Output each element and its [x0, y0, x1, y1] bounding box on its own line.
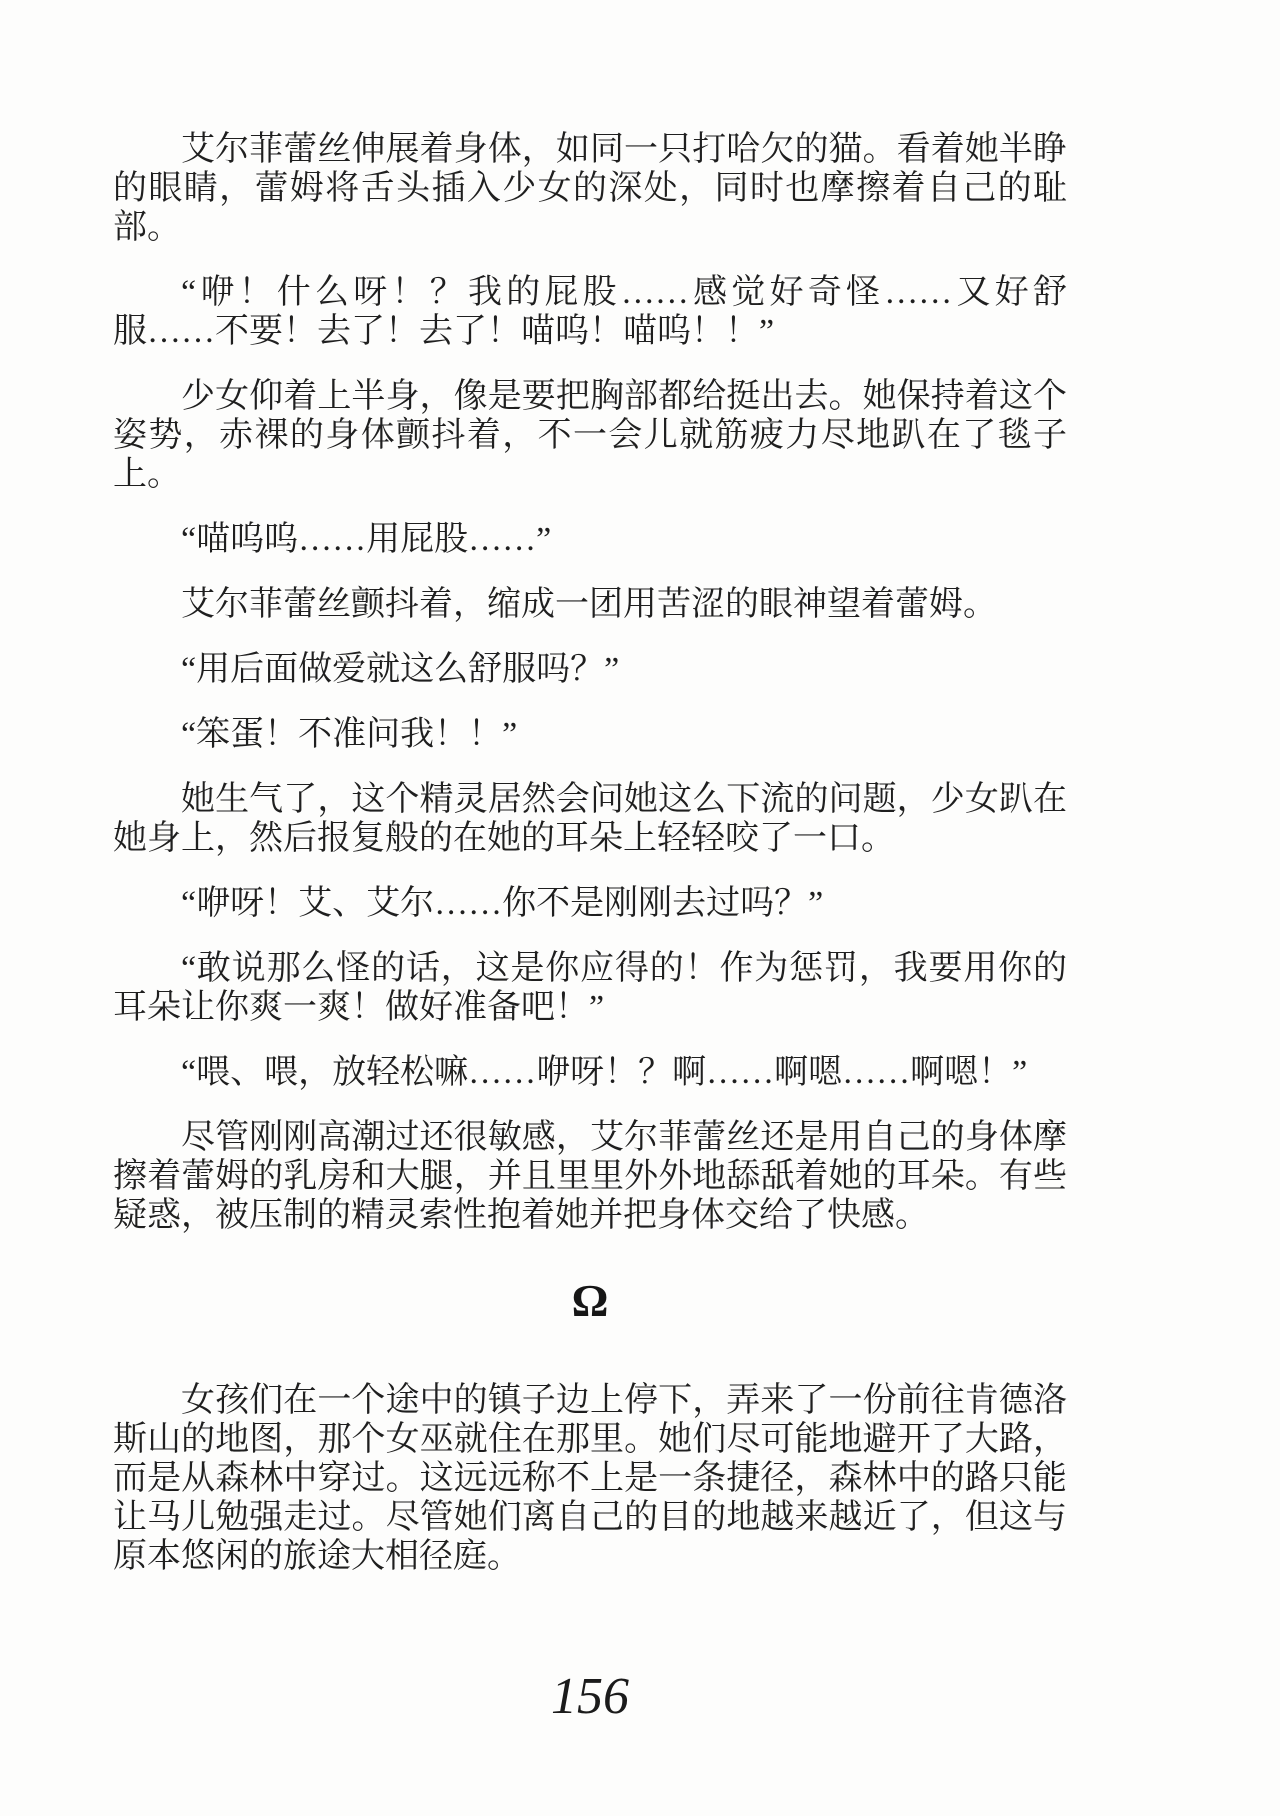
paragraph: 尽管刚刚高潮过还很敏感，艾尔菲蕾丝还是用自己的身体摩擦着蕾姆的乳房和大腿，并且里… — [113, 1118, 1067, 1235]
paragraph-dialogue: “喵呜呜……用屁股……” — [113, 520, 1067, 559]
paragraph-dialogue: “咿呀！艾、艾尔……你不是刚刚去过吗？” — [113, 884, 1067, 923]
paragraph: 女孩们在一个途中的镇子边上停下，弄来了一份前往肯德洛斯山的地图，那个女巫就住在那… — [113, 1381, 1067, 1576]
page-text-block: 艾尔菲蕾丝伸展着身体，如同一只打哈欠的猫。看着她半睁的眼睛，蕾姆将舌头插入少女的… — [113, 130, 1067, 1726]
paragraph: 她生气了，这个精灵居然会问她这么下流的问题，少女趴在她身上，然后报复般的在她的耳… — [113, 780, 1067, 858]
paragraph-dialogue: “喂、喂，放轻松嘛……咿呀！？啊……啊嗯……啊嗯！” — [113, 1053, 1067, 1092]
paragraph: 少女仰着上半身，像是要把胸部都给挺出去。她保持着这个姿势，赤裸的身体颤抖着，不一… — [113, 377, 1067, 494]
page-number: 156 — [113, 1668, 1067, 1726]
paragraph-dialogue: “笨蛋！不准问我！！” — [113, 715, 1067, 754]
paragraph-dialogue: “用后面做爱就这么舒服吗？” — [113, 650, 1067, 689]
paragraph: 艾尔菲蕾丝伸展着身体，如同一只打哈欠的猫。看着她半睁的眼睛，蕾姆将舌头插入少女的… — [113, 130, 1067, 247]
paragraph-dialogue: “咿！什么呀！？我的屁股……感觉好奇怪……又好舒服……不要！去了！去了！喵呜！喵… — [113, 273, 1067, 351]
book-page: 艾尔菲蕾丝伸展着身体，如同一只打哈欠的猫。看着她半睁的眼睛，蕾姆将舌头插入少女的… — [0, 0, 1280, 1816]
paragraph: 艾尔菲蕾丝颤抖着，缩成一团用苦涩的眼神望着蕾姆。 — [113, 585, 1067, 624]
paragraph-dialogue: “敢说那么怪的话，这是你应得的！作为惩罚，我要用你的耳朵让你爽一爽！做好准备吧！… — [113, 949, 1067, 1027]
section-divider-omega: Ω — [113, 1277, 1067, 1325]
